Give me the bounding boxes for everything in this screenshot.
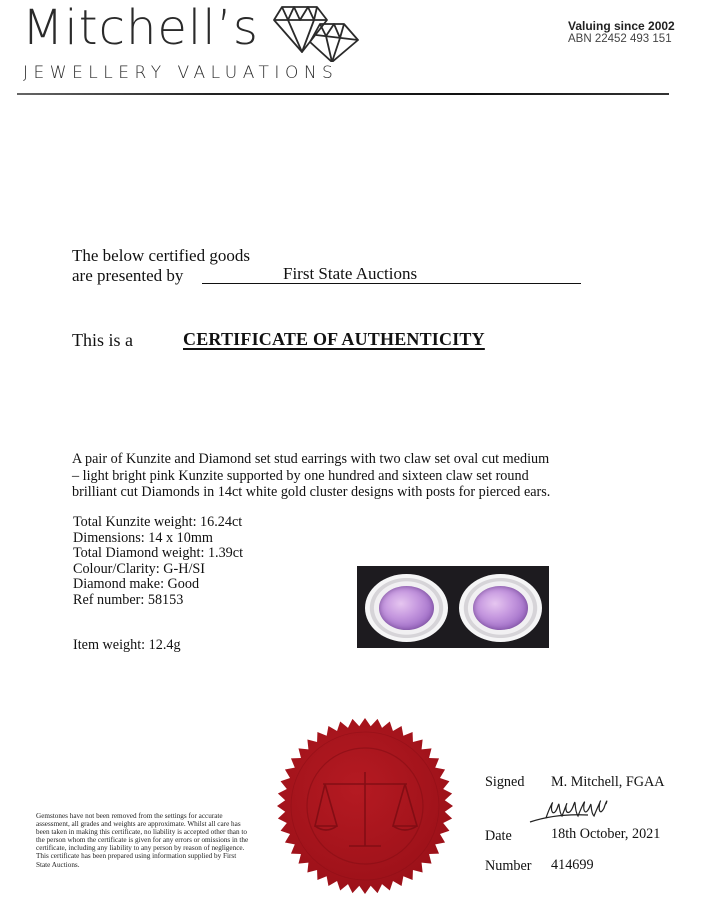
signed-label: Signed [485, 774, 524, 791]
certificate-number: 414699 [551, 857, 594, 874]
specs-list: Total Kunzite weight: 16.24ct Dimensions… [73, 515, 243, 608]
earring-right [459, 574, 542, 642]
header-rule [17, 93, 669, 95]
date-label: Date [485, 828, 512, 845]
earring-left [365, 574, 448, 642]
spec-kunzite-weight: Total Kunzite weight: 16.24ct [73, 515, 243, 531]
signature-icon [528, 796, 624, 826]
red-seal-icon [275, 716, 455, 896]
disclaimer-text: Gemstones have not been removed from the… [36, 812, 251, 869]
brand-name: Mitchell’s [22, 4, 259, 52]
kunzite-diamond-earrings-photo [357, 566, 549, 648]
date-value: 18th October, 2021 [551, 826, 660, 843]
number-label: Number [485, 858, 532, 875]
certificate-prefix: This is a [72, 330, 133, 351]
tagline: Valuing since 2002 [568, 19, 675, 33]
abn-number: ABN 22452 493 151 [568, 33, 672, 45]
item-description: A pair of Kunzite and Diamond set stud e… [72, 451, 552, 501]
item-weight: Item weight: 12.4g [73, 637, 181, 654]
spec-diamond-weight: Total Diamond weight: 1.39ct [73, 546, 243, 562]
signed-value: M. Mitchell, FGAA [551, 774, 665, 791]
spec-colour-clarity: Colour/Clarity: G-H/SI [73, 562, 243, 578]
brand-subtitle: JEWELLERY VALUATIONS [23, 63, 338, 83]
spec-dimensions: Dimensions: 14 x 10mm [73, 531, 243, 547]
certificate-title: CERTIFICATE OF AUTHENTICITY [183, 329, 485, 350]
spec-ref-number: Ref number: 58153 [73, 593, 243, 609]
spec-diamond-make: Diamond make: Good [73, 577, 243, 593]
diamonds-icon [272, 2, 362, 62]
presenter-name: First State Auctions [283, 264, 417, 284]
intro-line-2: are presented by [72, 266, 183, 286]
